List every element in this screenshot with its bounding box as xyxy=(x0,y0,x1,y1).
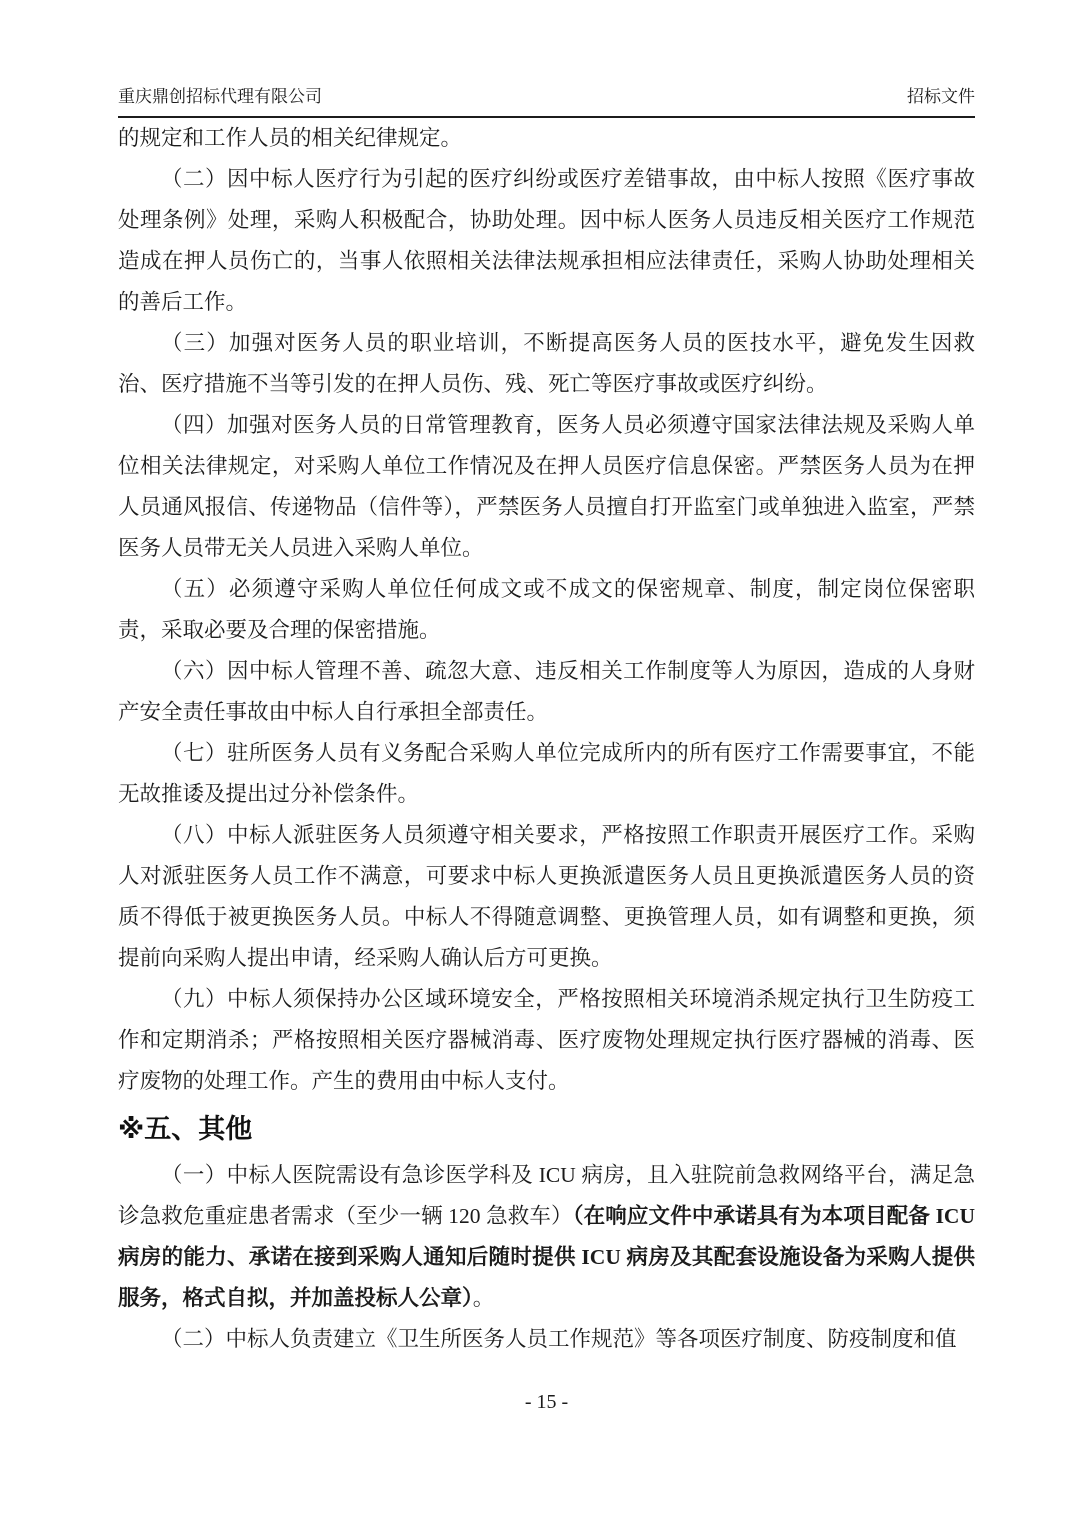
paragraph: （一）中标人医院需设有急诊医学科及 ICU 病房，且入驻院前急救网络平台，满足急… xyxy=(118,1155,975,1319)
paragraph: （九）中标人须保持办公区域环境安全，严格按照相关环境消杀规定执行卫生防疫工作和定… xyxy=(118,979,975,1102)
header-company-name: 重庆鼎创招标代理有限公司 xyxy=(118,86,322,108)
paragraph: 的规定和工作人员的相关纪律规定。 xyxy=(118,118,975,159)
page-number: - 15 - xyxy=(525,1391,568,1413)
paragraph: （三）加强对医务人员的职业培训，不断提高医务人员的医技水平，避免发生因救治、医疗… xyxy=(118,323,975,405)
page-header: 重庆鼎创招标代理有限公司 招标文件 xyxy=(118,86,975,108)
paragraph: （七）驻所医务人员有义务配合采购人单位完成所内的所有医疗工作需要事宜，不能无故推… xyxy=(118,733,975,815)
paragraph: （二）中标人负责建立《卫生所医务人员工作规范》等各项医疗制度、防疫制度和值 xyxy=(118,1319,975,1360)
paragraph: （二）因中标人医疗行为引起的医疗纠纷或医疗差错事故，由中标人按照《医疗事故处理条… xyxy=(118,159,975,323)
paragraph: （五）必须遵守采购人单位任何成文或不成文的保密规章、制度，制定岗位保密职责，采取… xyxy=(118,569,975,651)
document-body: 的规定和工作人员的相关纪律规定。（二）因中标人医疗行为引起的医疗纠纷或医疗差错事… xyxy=(118,118,975,1360)
paragraph: （六）因中标人管理不善、疏忽大意、违反相关工作制度等人为原因，造成的人身财产安全… xyxy=(118,651,975,733)
page-footer: - 15 - xyxy=(118,1389,975,1415)
paragraph: （八）中标人派驻医务人员须遵守相关要求，严格按照工作职责开展医疗工作。采购人对派… xyxy=(118,815,975,979)
paragraph: （四）加强对医务人员的日常管理教育，医务人员必须遵守国家法律法规及采购人单位相关… xyxy=(118,405,975,569)
text-run: 。 xyxy=(473,1286,495,1310)
document-page: 重庆鼎创招标代理有限公司 招标文件 的规定和工作人员的相关纪律规定。（二）因中标… xyxy=(0,0,1074,1520)
header-doc-type: 招标文件 xyxy=(907,86,975,108)
section-heading: ※五、其他 xyxy=(118,1107,975,1151)
